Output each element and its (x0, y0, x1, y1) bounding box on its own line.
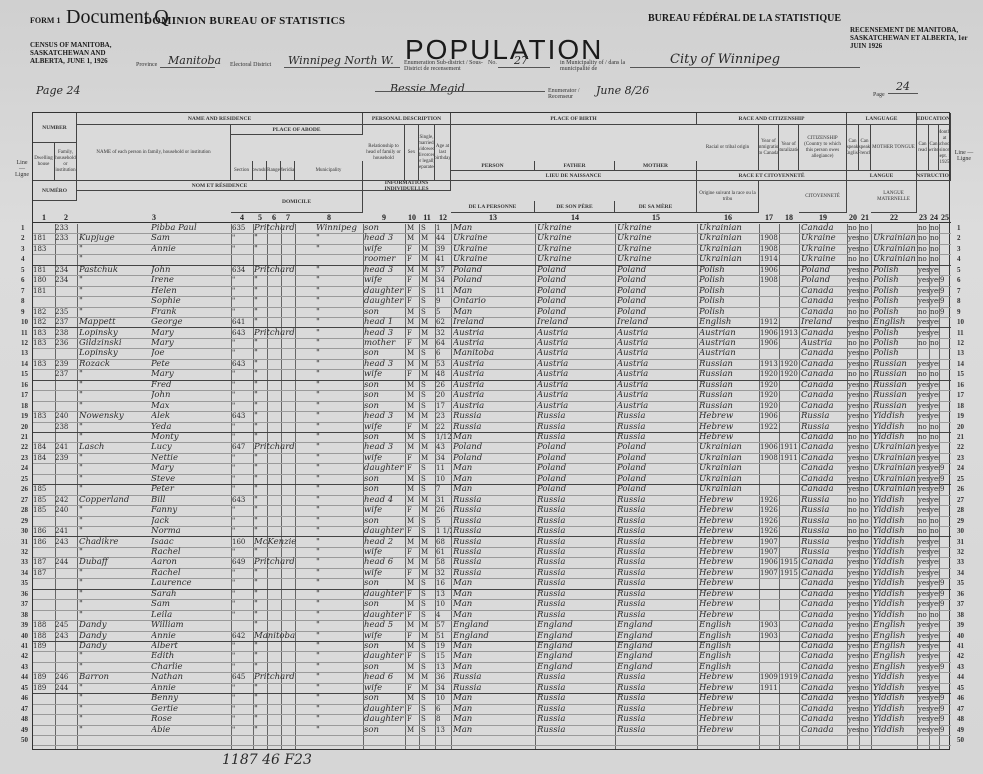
cell-speaks-english: yes (848, 265, 859, 276)
cell-speaks-english: yes (848, 547, 859, 558)
cell-citizenship: Canada (801, 693, 847, 704)
cell-sex: M (407, 359, 419, 370)
cell-family-number: 233 (55, 233, 77, 244)
cell-age: 11 (436, 286, 451, 297)
cell-speaks-english: yes (848, 610, 859, 621)
cell-months-school: 9 (940, 484, 951, 495)
line-number-left: 22 (21, 443, 28, 451)
cell-family-number: 243 (55, 537, 77, 548)
cell-municipality: " (316, 631, 362, 642)
cell-speaks-french: no (860, 714, 871, 725)
cell-relationship: head 1 (364, 317, 405, 328)
cell-surname: " (79, 422, 159, 433)
cell-sex: M (407, 317, 419, 328)
cell-dwelling-number: 186 (33, 537, 55, 548)
cell-birthplace-person: Man (453, 704, 535, 715)
cell-can-read: yes (918, 537, 929, 548)
cell-citizenship: Canada (801, 704, 847, 715)
line-number-left: 42 (21, 652, 28, 660)
cell-speaks-english: yes (848, 683, 859, 694)
cell-birthplace-mother: Ukraine (617, 233, 697, 244)
cell-municipality: " (316, 704, 362, 715)
cell-birthplace-mother: Russia (617, 505, 697, 516)
cell-racial-origin: Hebrew (699, 568, 759, 579)
cell-birthplace-father: Russia (537, 526, 615, 537)
cell-citizenship: Russia (801, 547, 847, 558)
cell-municipality: " (316, 432, 362, 443)
cell-speaks-english: yes (848, 233, 859, 244)
line-number-left: 37 (21, 600, 28, 608)
cell-can-read: yes (918, 359, 929, 370)
line-number-left: 48 (21, 715, 28, 723)
cell-marital-status: S (421, 223, 435, 234)
cell-section: " (232, 651, 254, 662)
cell-age: 64 (436, 338, 451, 349)
cell-speaks-french: no (860, 547, 871, 558)
cell-citizenship: Canada (801, 631, 847, 642)
cell-dwelling-number: 183 (33, 328, 55, 339)
line-number-left: 14 (21, 360, 28, 368)
cell-speaks-french: no (860, 223, 871, 234)
cell-marital-status: S (421, 693, 435, 704)
cell-birthplace-person: Man (453, 474, 535, 485)
cell-marital-status: S (421, 610, 435, 621)
cell-age: 39 (436, 244, 451, 255)
cell-municipality: " (316, 286, 362, 297)
cell-birthplace-father: Ukraine (537, 254, 615, 265)
cell-sex: M (407, 537, 419, 548)
colnum-22: 22 (871, 213, 917, 223)
cell-birthplace-mother: Russia (617, 714, 697, 725)
cell-can-write: yes (930, 380, 939, 391)
cell-can-read: yes (918, 463, 929, 474)
cell-given-name: Benny (151, 693, 231, 704)
cell-can-read: no (918, 369, 929, 380)
cell-immigration-year: 1914 (760, 254, 779, 265)
cell-birthplace-person: Ontario (453, 296, 535, 307)
cell-birthplace-father: England (537, 631, 615, 642)
cell-mother-tongue: Yiddish (873, 516, 917, 527)
census-english: CENSUS OF MANITOBA, SASKATCHEWAN AND ALB… (30, 41, 120, 65)
cell-family-number: 238 (55, 328, 77, 339)
cell-mother-tongue: Yiddish (873, 557, 917, 568)
cell-age: 44 (436, 233, 451, 244)
cell-street: " (254, 422, 314, 433)
cell-birthplace-mother: Russia (617, 547, 697, 558)
cell-mother-tongue: Yiddish (873, 568, 917, 579)
cell-speaks-english: no (848, 223, 859, 234)
margin-page-note: Page 24 (36, 84, 81, 97)
line-number-right: 35 (957, 579, 964, 587)
line-number-left: 21 (21, 433, 28, 441)
cell-surname: " (79, 286, 159, 297)
cell-birthplace-father: Poland (537, 296, 615, 307)
cell-mother-tongue: Polish (873, 265, 917, 276)
cell-speaks-french: no (860, 254, 871, 265)
cell-mother-tongue: Yiddish (873, 704, 917, 715)
cell-immigration-year: 1906 (760, 557, 779, 568)
cell-section: 160 (232, 537, 254, 548)
cell-street: " (254, 505, 314, 516)
cell-racial-origin: Ukrainian (699, 223, 759, 234)
line-number-right: 33 (957, 558, 964, 566)
cell-mother-tongue: Ukrainian (873, 453, 917, 464)
cell-mother-tongue: Yiddish (873, 547, 917, 558)
cell-age: 13 (436, 725, 451, 736)
cell-can-read: yes (918, 286, 929, 297)
header-race-citoyennete: RACE ET CITOYENNETÉ (697, 171, 847, 181)
cell-street: Pritchard (254, 265, 314, 276)
cell-speaks-french: no (860, 422, 871, 433)
cell-street: " (254, 662, 314, 673)
cell-mother-tongue: Yiddish (873, 422, 917, 433)
cell-municipality: " (316, 641, 362, 652)
cell-birthplace-father: England (537, 651, 615, 662)
line-number-left: 9 (21, 308, 25, 316)
cell-birthplace-person: Poland (453, 442, 535, 453)
cell-relationship: roomer (364, 254, 405, 265)
cell-relationship: wife (364, 631, 405, 642)
header-c15: MOTHER (615, 161, 697, 171)
cell-dwelling-number: 183 (33, 338, 55, 349)
cell-given-name: Pete (151, 359, 231, 370)
cell-mother-tongue: Yiddish (873, 599, 917, 610)
cell-section: " (232, 725, 254, 736)
cell-speaks-french: no (860, 432, 871, 443)
cell-municipality: " (316, 725, 362, 736)
cell-can-read: yes (918, 568, 929, 579)
cell-municipality: " (316, 401, 362, 412)
cell-marital-status: S (421, 589, 435, 600)
cell-birthplace-person: Man (453, 714, 535, 725)
cell-family-number: 242 (55, 495, 77, 506)
cell-street: Pritchard (254, 223, 314, 234)
cell-speaks-english: no (848, 338, 859, 349)
cell-speaks-french: no (860, 244, 871, 255)
header-c5: Township (253, 161, 267, 181)
cell-street: " (254, 714, 314, 725)
cell-immigration-year: 1911 (760, 683, 779, 694)
cell-given-name: Helen (151, 286, 231, 297)
cell-speaks-english: yes (848, 484, 859, 495)
line-number-left: 6 (21, 276, 25, 284)
cell-marital-status: S (421, 484, 435, 495)
cell-citizenship: Canada (801, 453, 847, 464)
cell-relationship: wife (364, 453, 405, 464)
cell-sex: F (407, 526, 419, 537)
cell-municipality: Winnipeg (316, 223, 362, 234)
cell-birthplace-mother: Ireland (617, 317, 697, 328)
cell-racial-origin: English (699, 631, 759, 642)
cell-relationship: wife (364, 683, 405, 694)
line-number-right: 19 (957, 412, 964, 420)
cell-age: 13 (436, 589, 451, 600)
header-c22-fr: LANGUE MATERNELLE (871, 181, 917, 213)
cell-section: " (232, 693, 254, 704)
form-label: FORM 1 (30, 16, 60, 25)
cell-speaks-french: no (860, 463, 871, 474)
cell-birthplace-person: Ukraine (453, 244, 535, 255)
cell-municipality: " (316, 317, 362, 328)
cell-immigration-year: 1912 (760, 317, 779, 328)
cell-immigration-year: 1907 (760, 568, 779, 579)
cell-speaks-english: yes (848, 537, 859, 548)
cell-mother-tongue: Polish (873, 296, 917, 307)
header-c8: Municipality (295, 161, 363, 181)
cell-relationship: head 2 (364, 537, 405, 548)
cell-birthplace-person: Man (453, 307, 535, 318)
line-number-left: 13 (21, 349, 28, 357)
header-language: LANGUAGE (847, 113, 917, 125)
cell-marital-status: M (421, 254, 435, 265)
line-number-right: 36 (957, 590, 964, 598)
cell-section: " (232, 380, 254, 391)
cell-racial-origin: Hebrew (699, 537, 759, 548)
cell-can-write: yes (930, 484, 939, 495)
colnum-12: 12 (435, 213, 451, 223)
cell-can-write: no (930, 223, 939, 234)
cell-marital-status: S (421, 380, 435, 391)
cell-marital-status: S (421, 526, 435, 537)
line-number-right: 17 (957, 391, 964, 399)
cell-marital-status: M (421, 338, 435, 349)
cell-citizenship: Poland (801, 265, 847, 276)
cell-birthplace-person: Russia (453, 568, 535, 579)
cell-marital-status: S (421, 651, 435, 662)
colnum-16: 16 (697, 213, 759, 223)
cell-age: 26 (436, 380, 451, 391)
cell-immigration-year: 1908 (760, 244, 779, 255)
cell-naturalization-year: 1911 (780, 442, 799, 453)
cell-birthplace-person: Manitoba (453, 348, 535, 359)
cell-immigration-year: 1906 (760, 265, 779, 276)
cell-dwelling-number: 181 (33, 233, 55, 244)
cell-birthplace-person: Austria (453, 369, 535, 380)
cell-birthplace-mother: Russia (617, 599, 697, 610)
municipality-label: in Municipality of / dans la municipalit… (560, 60, 640, 72)
cell-speaks-english: yes (848, 244, 859, 255)
cell-mother-tongue: English (873, 620, 917, 631)
cell-street: Pritchard (254, 557, 314, 568)
cell-surname: Lasch (79, 442, 159, 453)
cell-section: " (232, 662, 254, 673)
cell-section: " (232, 233, 254, 244)
colnum-17: 17 (759, 213, 779, 223)
header-c15-fr: DE SA MÈRE (615, 201, 697, 213)
cell-mother-tongue: English (873, 651, 917, 662)
cell-speaks-french: no (860, 537, 871, 548)
cell-given-name: Annie (151, 683, 231, 694)
cell-citizenship: Canada (801, 463, 847, 474)
cell-age: 5 (436, 307, 451, 318)
cell-municipality: " (316, 568, 362, 579)
cell-racial-origin: Austrian (699, 348, 759, 359)
cell-street: " (254, 589, 314, 600)
cell-speaks-english: yes (848, 328, 859, 339)
cell-citizenship: Russia (801, 505, 847, 516)
line-number-right: 14 (957, 360, 964, 368)
cell-can-read: yes (918, 317, 929, 328)
cell-speaks-french: no (860, 369, 871, 380)
cell-age: 6 (436, 348, 451, 359)
cell-birthplace-father: Russia (537, 557, 615, 568)
cell-section: " (232, 526, 254, 537)
cell-municipality: " (316, 672, 362, 683)
cell-municipality: " (316, 359, 362, 370)
cell-racial-origin: Polish (699, 296, 759, 307)
cell-birthplace-person: Man (453, 693, 535, 704)
cell-birthplace-person: Russia (453, 537, 535, 548)
cell-street: " (254, 693, 314, 704)
cell-age: 13 (436, 662, 451, 673)
cell-mother-tongue: Yiddish (873, 589, 917, 600)
cell-birthplace-person: Russia (453, 422, 535, 433)
cell-speaks-french: no (860, 704, 871, 715)
cell-age: 7 (436, 484, 451, 495)
cell-birthplace-mother: Poland (617, 442, 697, 453)
cell-given-name: Pibba Paul (151, 223, 231, 234)
cell-citizenship: Canada (801, 620, 847, 631)
cell-birthplace-person: Man (453, 286, 535, 297)
cell-relationship: daughter (364, 463, 405, 474)
cell-given-name: Sam (151, 599, 231, 610)
cell-surname: " (79, 589, 159, 600)
line-number-left: 30 (21, 527, 28, 535)
cell-citizenship: Canada (801, 380, 847, 391)
cell-age: 10 (436, 474, 451, 485)
cell-birthplace-father: Russia (537, 610, 615, 621)
cell-can-write: yes (930, 714, 939, 725)
cell-dwelling-number: 189 (33, 672, 55, 683)
cell-mother-tongue: English (873, 317, 917, 328)
cell-immigration-year: 1907 (760, 537, 779, 548)
cell-birthplace-father: Russia (537, 599, 615, 610)
header-c21: Can speak French (859, 125, 871, 171)
cell-marital-status: S (421, 296, 435, 307)
colnum-5: 5 (253, 213, 267, 223)
line-number-right: 30 (957, 527, 964, 535)
line-number-left: 20 (21, 423, 28, 431)
line-number-right: 8 (957, 297, 961, 305)
header-c25: Months at school since Sept. 1, 1925 (939, 125, 951, 171)
header-c18: Year of naturalization (779, 125, 799, 171)
cell-can-read: yes (918, 442, 929, 453)
cell-can-write: yes (930, 672, 939, 683)
cell-birthplace-mother: Poland (617, 265, 697, 276)
cell-marital-status: S (421, 348, 435, 359)
cell-birthplace-mother: Russia (617, 495, 697, 506)
cell-surname: Chadikre (79, 537, 159, 548)
cell-can-write: yes (930, 286, 939, 297)
cell-family-number: 240 (55, 505, 77, 516)
cell-birthplace-father: Russia (537, 537, 615, 548)
cell-racial-origin: English (699, 317, 759, 328)
cell-speaks-english: no (848, 516, 859, 527)
cell-immigration-year: 1920 (760, 390, 779, 401)
cell-given-name: John (151, 390, 231, 401)
cell-immigration-year: 1906 (760, 338, 779, 349)
cell-relationship: daughter (364, 526, 405, 537)
cell-speaks-english: yes (848, 422, 859, 433)
cell-birthplace-mother: Ukraine (617, 223, 697, 234)
cell-section: 649 (232, 557, 254, 568)
cell-birthplace-father: Russia (537, 693, 615, 704)
cell-relationship: son (364, 599, 405, 610)
cell-birthplace-mother: Austria (617, 328, 697, 339)
cell-sex: F (407, 547, 419, 558)
cell-can-read: yes (918, 641, 929, 652)
cell-naturalization-year: 1920 (780, 359, 799, 370)
header-c9: Relationship to head of family or househ… (363, 125, 405, 181)
cell-section: 643 (232, 411, 254, 422)
cell-marital-status: S (421, 725, 435, 736)
cell-racial-origin: Hebrew (699, 505, 759, 516)
line-number-right: 24 (957, 464, 964, 472)
cell-family-number: 237 (55, 369, 77, 380)
line-number-left: 1 (21, 224, 25, 232)
cell-citizenship: Russia (801, 516, 847, 527)
cell-municipality: " (316, 662, 362, 673)
cell-given-name: John (151, 265, 231, 276)
cell-can-write: no (930, 369, 939, 380)
cell-age: 1 1/2 (436, 526, 451, 537)
cell-racial-origin: Ukrainian (699, 484, 759, 495)
cell-mother-tongue: Russian (873, 390, 917, 401)
cell-racial-origin: Hebrew (699, 411, 759, 422)
cell-mother-tongue: Yiddish (873, 672, 917, 683)
cell-speaks-english: yes (848, 275, 859, 286)
line-number-left: 27 (21, 496, 28, 504)
cell-birthplace-person: Man (453, 651, 535, 662)
cell-given-name: Bill (151, 495, 231, 506)
header-c6: Range (267, 161, 281, 181)
no-value: 27 (514, 54, 528, 67)
cell-section: " (232, 275, 254, 286)
cell-given-name: Nathan (151, 672, 231, 683)
cell-relationship: mother (364, 338, 405, 349)
cell-citizenship: Canada (801, 484, 847, 495)
header-personal-description: PERSONAL DESCRIPTION (363, 113, 451, 125)
cell-municipality: " (316, 474, 362, 485)
cell-mother-tongue: Ukrainian (873, 484, 917, 495)
cell-can-read: yes (918, 693, 929, 704)
header-place-of-abode: PLACE OF ABODE (231, 125, 363, 135)
cell-citizenship: Austria (801, 338, 847, 349)
cell-relationship: son (364, 380, 405, 391)
line-number-right: 46 (957, 694, 964, 702)
cell-street: " (254, 495, 314, 506)
cell-birthplace-person: Man (453, 662, 535, 673)
cell-citizenship: Canada (801, 474, 847, 485)
cell-street: " (254, 296, 314, 307)
cell-speaks-french: no (860, 610, 871, 621)
header-c19-fr: CITOYENNETÉ (799, 181, 847, 213)
cell-can-read: yes (918, 589, 929, 600)
cell-speaks-french: no (860, 380, 871, 391)
header-domicile: DOMICILE (231, 191, 363, 213)
cell-birthplace-father: Ukraine (537, 223, 615, 234)
cell-can-write: no (930, 610, 939, 621)
line-number-right: 10 (957, 318, 964, 326)
cell-birthplace-father: Austria (537, 380, 615, 391)
cell-municipality: " (316, 484, 362, 495)
header-numero: NUMÉRO (33, 181, 77, 201)
cell-marital-status: M (421, 547, 435, 558)
line-number-left: 50 (21, 736, 28, 744)
line-number-right: 20 (957, 423, 964, 431)
cell-section: " (232, 568, 254, 579)
cell-dwelling-number: 188 (33, 620, 55, 631)
